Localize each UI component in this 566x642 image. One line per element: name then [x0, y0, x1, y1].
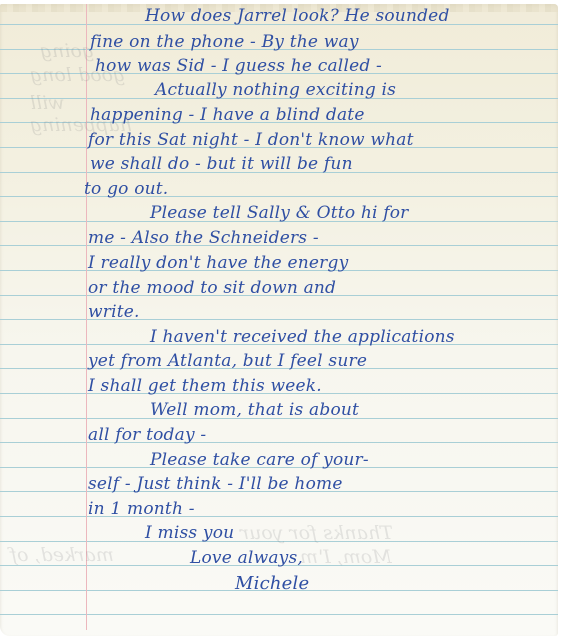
ruled-line	[0, 442, 558, 443]
letter-line: happening - I have a blind date	[90, 105, 365, 125]
letter-line: fine on the phone - By the way	[90, 32, 359, 52]
margin-line	[86, 4, 87, 630]
letter-line: Please tell Sally & Otto hi for	[150, 203, 409, 223]
bleed-through-text: going	[40, 40, 94, 62]
bleed-through-text: will	[30, 92, 65, 114]
letter-line: Actually nothing exciting is	[155, 80, 396, 100]
letter-line: we shall do - but it will be fun	[90, 154, 353, 174]
letter-line: self - Just think - I'll be home	[88, 474, 343, 494]
letter-line: Please take care of your-	[150, 450, 369, 470]
signature: Michele	[235, 573, 309, 594]
letter-line: I shall get them this week.	[88, 376, 322, 396]
letter-line: I miss you	[145, 523, 234, 543]
notebook-page: going good long will happening marked, o…	[0, 4, 558, 636]
bleed-through-text: Mom, I'm	[300, 546, 392, 568]
letter-line: for this Sat night - I don't know what	[88, 130, 414, 150]
letter-line: me - Also the Schneiders -	[88, 228, 319, 248]
letter-line: I really don't have the energy	[88, 253, 348, 273]
ruled-line	[0, 614, 558, 615]
letter-line: how was Sid - I guess he called -	[95, 56, 382, 76]
ruled-line	[0, 319, 558, 320]
letter-line: in 1 month -	[88, 499, 195, 519]
letter-line: write.	[88, 302, 140, 322]
bleed-through-text: Thanks for your	[240, 522, 393, 544]
letter-line: to go out.	[84, 179, 168, 199]
ruled-line	[0, 516, 558, 517]
bleed-through-text: marked, of	[10, 544, 114, 566]
letter-line: all for today -	[88, 425, 206, 445]
letter-line: I haven't received the applications	[150, 327, 455, 347]
letter-line: or the mood to sit down and	[88, 278, 336, 298]
letter-line: How does Jarrel look? He sounded	[145, 6, 450, 26]
letter-line: Well mom, that is about	[150, 400, 359, 420]
letter-closing: Love always,	[190, 548, 303, 568]
letter-line: yet from Atlanta, but I feel sure	[88, 351, 367, 371]
